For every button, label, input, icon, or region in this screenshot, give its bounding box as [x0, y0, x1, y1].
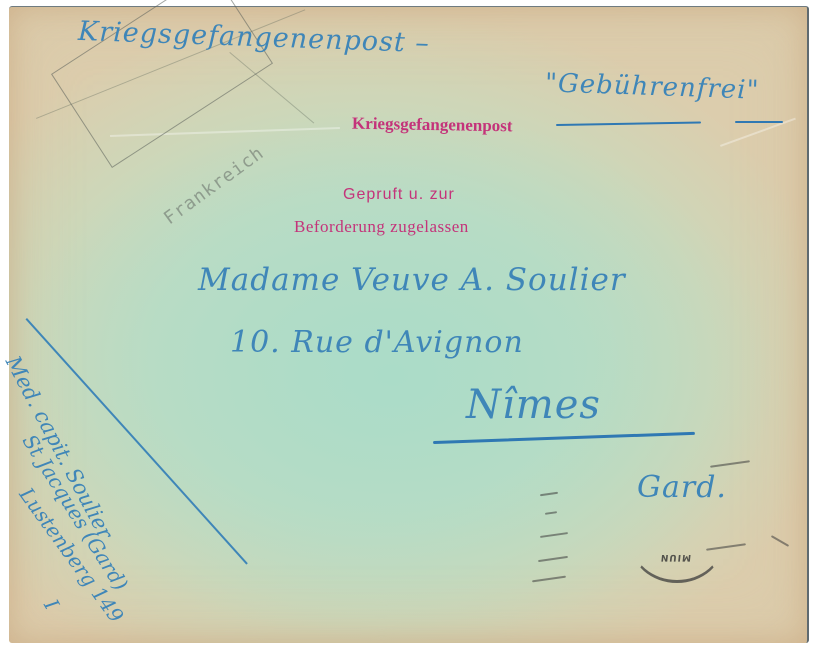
postmark-text: MIUN [659, 552, 691, 562]
scan-stage: Frankreich Kriegsgefangenenpost – "Gebüh… [0, 0, 813, 650]
recipient-city: Nîmes [466, 382, 601, 428]
pow-mail-stamp: Kriegsgefangenenpost [352, 114, 513, 137]
recipient-street: 10. Rue d'Avignon [230, 325, 524, 360]
postmark-arc [630, 500, 724, 583]
censor-stamp-line1: Gepruft u. zur [343, 186, 455, 204]
recipient-name: Madame Veuve A. Soulier [198, 262, 626, 298]
censor-stamp-line2: Beforderung zugelassen [294, 217, 469, 237]
fee-note-underline [735, 121, 783, 123]
